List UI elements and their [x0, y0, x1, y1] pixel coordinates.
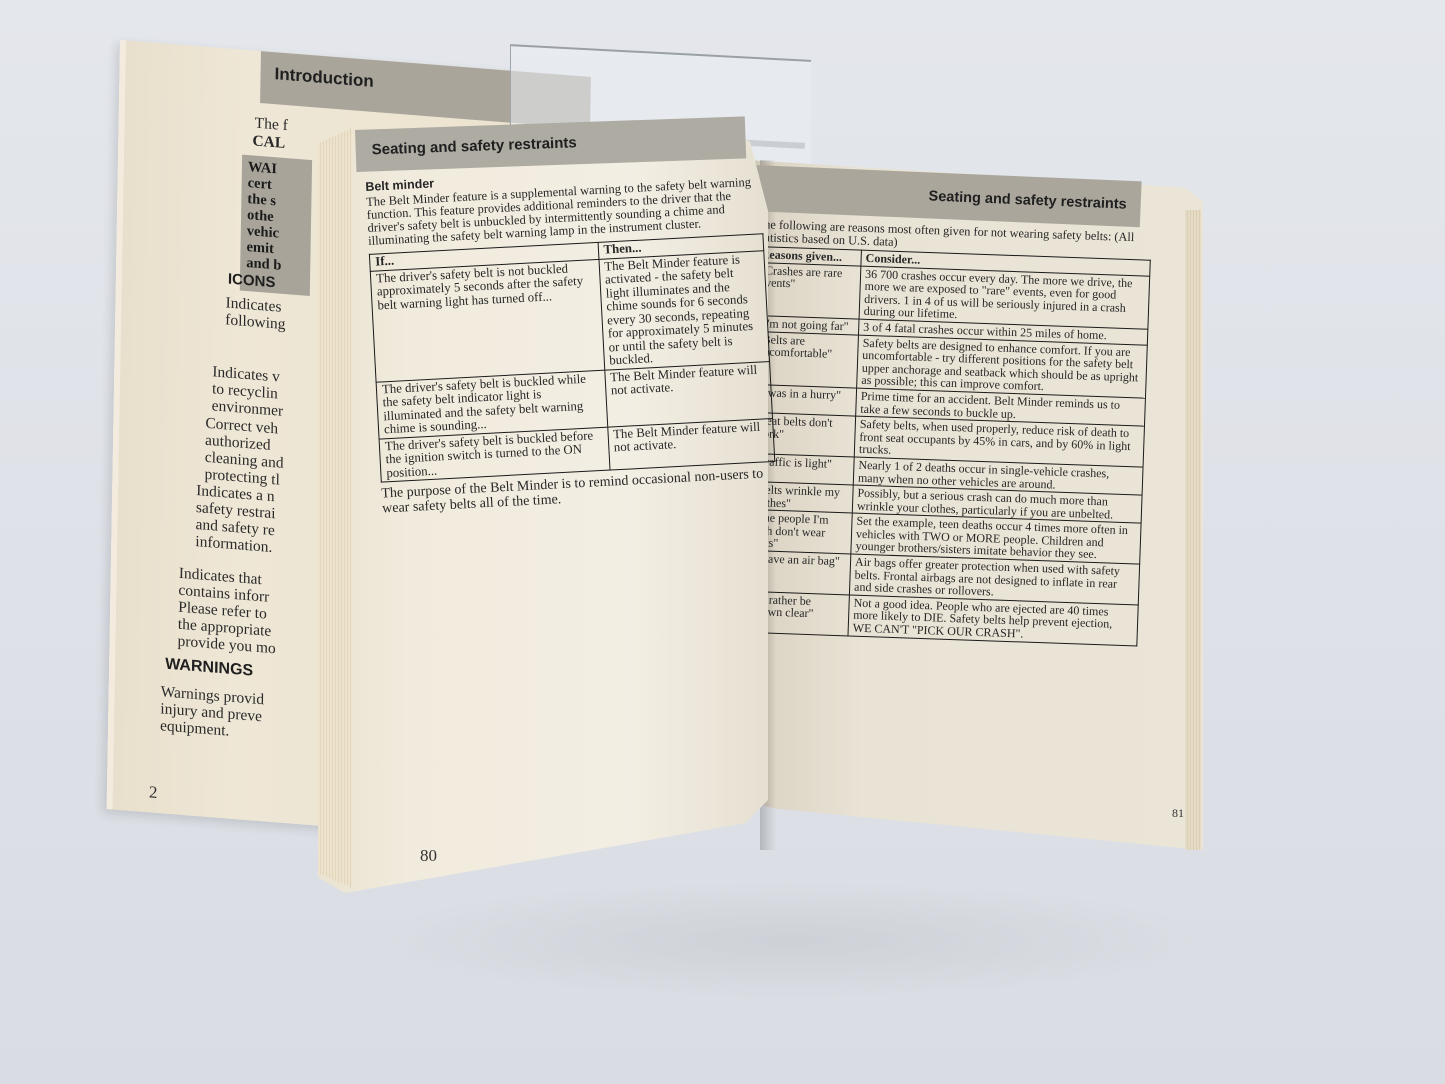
info-icon-text: Indicates that contains inforr Please re… [177, 565, 277, 658]
icons-text: Indicates following [225, 294, 286, 333]
shadow [360, 880, 1220, 1000]
page-81-content: The following are reasons most often giv… [743, 218, 1152, 646]
table-row: The driver's safety belt is not buckled … [370, 250, 769, 381]
warnings-text: Warnings provid injury and preve equipme… [160, 683, 264, 742]
icons-heading: ICONS [228, 271, 276, 292]
introduction-title: Introduction [274, 64, 373, 92]
belt-minder-table: If... Then... The driver's safety belt i… [369, 233, 775, 482]
reasons-table: Reasons given... Consider... "Crashes ar… [743, 246, 1151, 646]
page-80-fore-edge [318, 128, 352, 888]
page-80-title: Seating and safety restraints [371, 134, 577, 158]
then-cell: The Belt Minder feature will not activat… [607, 418, 775, 470]
then-cell: The Belt Minder feature is activated - t… [598, 250, 769, 370]
page-81-title: Seating and safety restraints [928, 188, 1127, 212]
if-cell: The driver's safety belt is not buckled … [370, 259, 604, 382]
page-number-80: 80 [420, 846, 437, 866]
recycling-text: Indicates v to recyclin environmer [212, 363, 284, 420]
back-line-caution: CAL [252, 132, 285, 152]
warnings-heading: WARNINGS [165, 656, 253, 681]
page-number-81: 81 [1172, 806, 1184, 821]
page-80-content: Belt minder The Belt Minder feature is a… [365, 159, 778, 530]
page-81-fore-edge [1185, 210, 1201, 850]
back-line-the: The f [255, 115, 288, 135]
safety-icon-text: Indicates a n safety restrai and safety … [195, 482, 276, 556]
warning-callout-text: WAI cert the s othe vehic emit and b [246, 159, 283, 274]
correct-text: Correct veh authorized cleaning and prot… [204, 415, 284, 489]
then-cell: The Belt Minder feature will not activat… [604, 361, 772, 427]
reason-cell: "Crashes are rare events" [754, 262, 861, 319]
page-number-2: 2 [149, 782, 158, 803]
